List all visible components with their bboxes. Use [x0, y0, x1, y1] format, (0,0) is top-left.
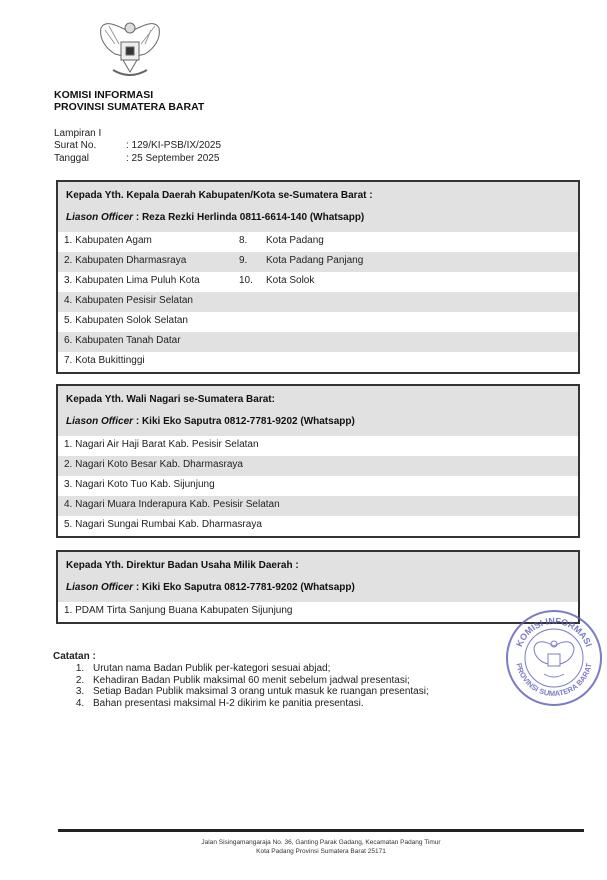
liaison-value: : Kiki Eko Saputra 0812-7781-9202 (Whats…	[133, 416, 355, 427]
list-item: 2. Kabupaten Dharmasraya9.Kota Padang Pa…	[58, 252, 578, 272]
list-item-left: 7. Kota Bukittinggi	[64, 352, 239, 372]
letter-no-value: : 129/KI-PSB/IX/2025	[126, 140, 221, 152]
list-item: 7. Kota Bukittinggi	[58, 352, 578, 372]
list-item-left: 4. Kabupaten Pesisir Selatan	[64, 292, 239, 312]
official-stamp-icon: KOMISI INFORMASI PROVINSI SUMATERA BARAT	[504, 608, 604, 708]
section-wali-nagari: Kepada Yth. Wali Nagari se-Sumatera Bara…	[56, 384, 580, 538]
section-header: Kepada Yth. Direktur Badan Usaha Milik D…	[58, 552, 578, 602]
list-item: 6. Kabupaten Tanah Datar	[58, 332, 578, 352]
footer-divider	[58, 829, 584, 832]
list-item-left: 5. Nagari Sungai Rumbai Kab. Dharmasraya	[64, 516, 262, 536]
liaison-value: : Reza Rezki Herlinda 0811-6614-140 (Wha…	[133, 212, 364, 223]
liaison-label: Liason Officer	[66, 416, 133, 427]
list-item: 2. Nagari Koto Besar Kab. Dharmasraya	[58, 456, 578, 476]
attachment-label: Lampiran I	[54, 128, 221, 140]
liaison-value: : Kiki Eko Saputra 0812-7781-9202 (Whats…	[133, 582, 355, 593]
garuda-emblem-icon	[95, 14, 165, 82]
notes-list: Urutan nama Badan Publik per-kategori se…	[53, 663, 429, 709]
org-line-1: KOMISI INFORMASI	[54, 89, 204, 101]
list-item-left: 2. Kabupaten Dharmasraya	[64, 252, 239, 272]
list-item: 1. Kabupaten Agam8.Kota Padang	[58, 232, 578, 252]
list-item: 1. PDAM Tirta Sanjung Buana Kabupaten Si…	[58, 602, 578, 622]
organization-name: KOMISI INFORMASI PROVINSI SUMATERA BARAT	[54, 89, 204, 113]
footer-line-1: Jalan Sisingamangaraja No. 36, Ganting P…	[58, 838, 584, 847]
note-item: Setiap Badan Publik maksimal 3 orang unt…	[87, 686, 429, 698]
list-item-left: 1. Kabupaten Agam	[64, 232, 239, 252]
list-item-number: 8.	[239, 232, 266, 252]
list-item-left: 6. Kabupaten Tanah Datar	[64, 332, 239, 352]
liaison-officer: Liason Officer : Kiki Eko Saputra 0812-7…	[66, 577, 570, 602]
footer-line-2: Kota Padang Provinsi Sumatera Barat 2517…	[58, 847, 584, 856]
list-item-left: 4. Nagari Muara Inderapura Kab. Pesisir …	[64, 496, 280, 516]
list-item-number: 9.	[239, 252, 266, 272]
note-item: Kehadiran Badan Publik maksimal 60 menit…	[87, 675, 429, 687]
note-item: Bahan presentasi maksimal H-2 dikirim ke…	[87, 698, 429, 710]
section-title: Kepada Yth. Kepala Daerah Kabupaten/Kota…	[66, 182, 570, 207]
list-item-left: 1. PDAM Tirta Sanjung Buana Kabupaten Si…	[64, 602, 293, 622]
liaison-label: Liason Officer	[66, 212, 133, 223]
liaison-label: Liason Officer	[66, 582, 133, 593]
list-item-left: 3. Kabupaten Lima Puluh Kota	[64, 272, 239, 292]
liaison-officer: Liason Officer : Kiki Eko Saputra 0812-7…	[66, 411, 570, 436]
list-item: 4. Nagari Muara Inderapura Kab. Pesisir …	[58, 496, 578, 516]
list-item: 5. Nagari Sungai Rumbai Kab. Dharmasraya	[58, 516, 578, 536]
list-item-right: Kota Padang	[266, 232, 324, 252]
list-item-left: 5. Kabupaten Solok Selatan	[64, 312, 239, 332]
date-label: Tanggal	[54, 153, 126, 165]
list-item-number: 10.	[239, 272, 266, 292]
notes: Catatan : Urutan nama Badan Publik per-k…	[53, 651, 429, 709]
date-value: : 25 September 2025	[126, 153, 219, 165]
section-header: Kepada Yth. Kepala Daerah Kabupaten/Kota…	[58, 182, 578, 232]
section-regional-heads: Kepada Yth. Kepala Daerah Kabupaten/Kota…	[56, 180, 580, 374]
list-item-left: 2. Nagari Koto Besar Kab. Dharmasraya	[64, 456, 243, 476]
list-item: 4. Kabupaten Pesisir Selatan	[58, 292, 578, 312]
list-item-left: 1. Nagari Air Haji Barat Kab. Pesisir Se…	[64, 436, 259, 456]
list-item-right: Kota Solok	[266, 272, 314, 292]
list-item: 3. Nagari Koto Tuo Kab. Sijunjung	[58, 476, 578, 496]
footer-address: Jalan Sisingamangaraja No. 36, Ganting P…	[58, 838, 584, 856]
liaison-officer: Liason Officer : Reza Rezki Herlinda 081…	[66, 207, 570, 232]
org-line-2: PROVINSI SUMATERA BARAT	[54, 101, 204, 113]
list-item-left: 3. Nagari Koto Tuo Kab. Sijunjung	[64, 476, 215, 496]
list-item-right: Kota Padang Panjang	[266, 252, 363, 272]
note-item: Urutan nama Badan Publik per-kategori se…	[87, 663, 429, 675]
section-header: Kepada Yth. Wali Nagari se-Sumatera Bara…	[58, 386, 578, 436]
list-item: 3. Kabupaten Lima Puluh Kota10.Kota Solo…	[58, 272, 578, 292]
section-title: Kepada Yth. Wali Nagari se-Sumatera Bara…	[66, 386, 570, 411]
letter-meta: Lampiran I Surat No.: 129/KI-PSB/IX/2025…	[54, 128, 221, 165]
section-bumd: Kepada Yth. Direktur Badan Usaha Milik D…	[56, 550, 580, 624]
list-item: 5. Kabupaten Solok Selatan	[58, 312, 578, 332]
list-item: 1. Nagari Air Haji Barat Kab. Pesisir Se…	[58, 436, 578, 456]
letter-no-label: Surat No.	[54, 140, 126, 152]
section-title: Kepada Yth. Direktur Badan Usaha Milik D…	[66, 552, 570, 577]
notes-title: Catatan :	[53, 651, 429, 663]
